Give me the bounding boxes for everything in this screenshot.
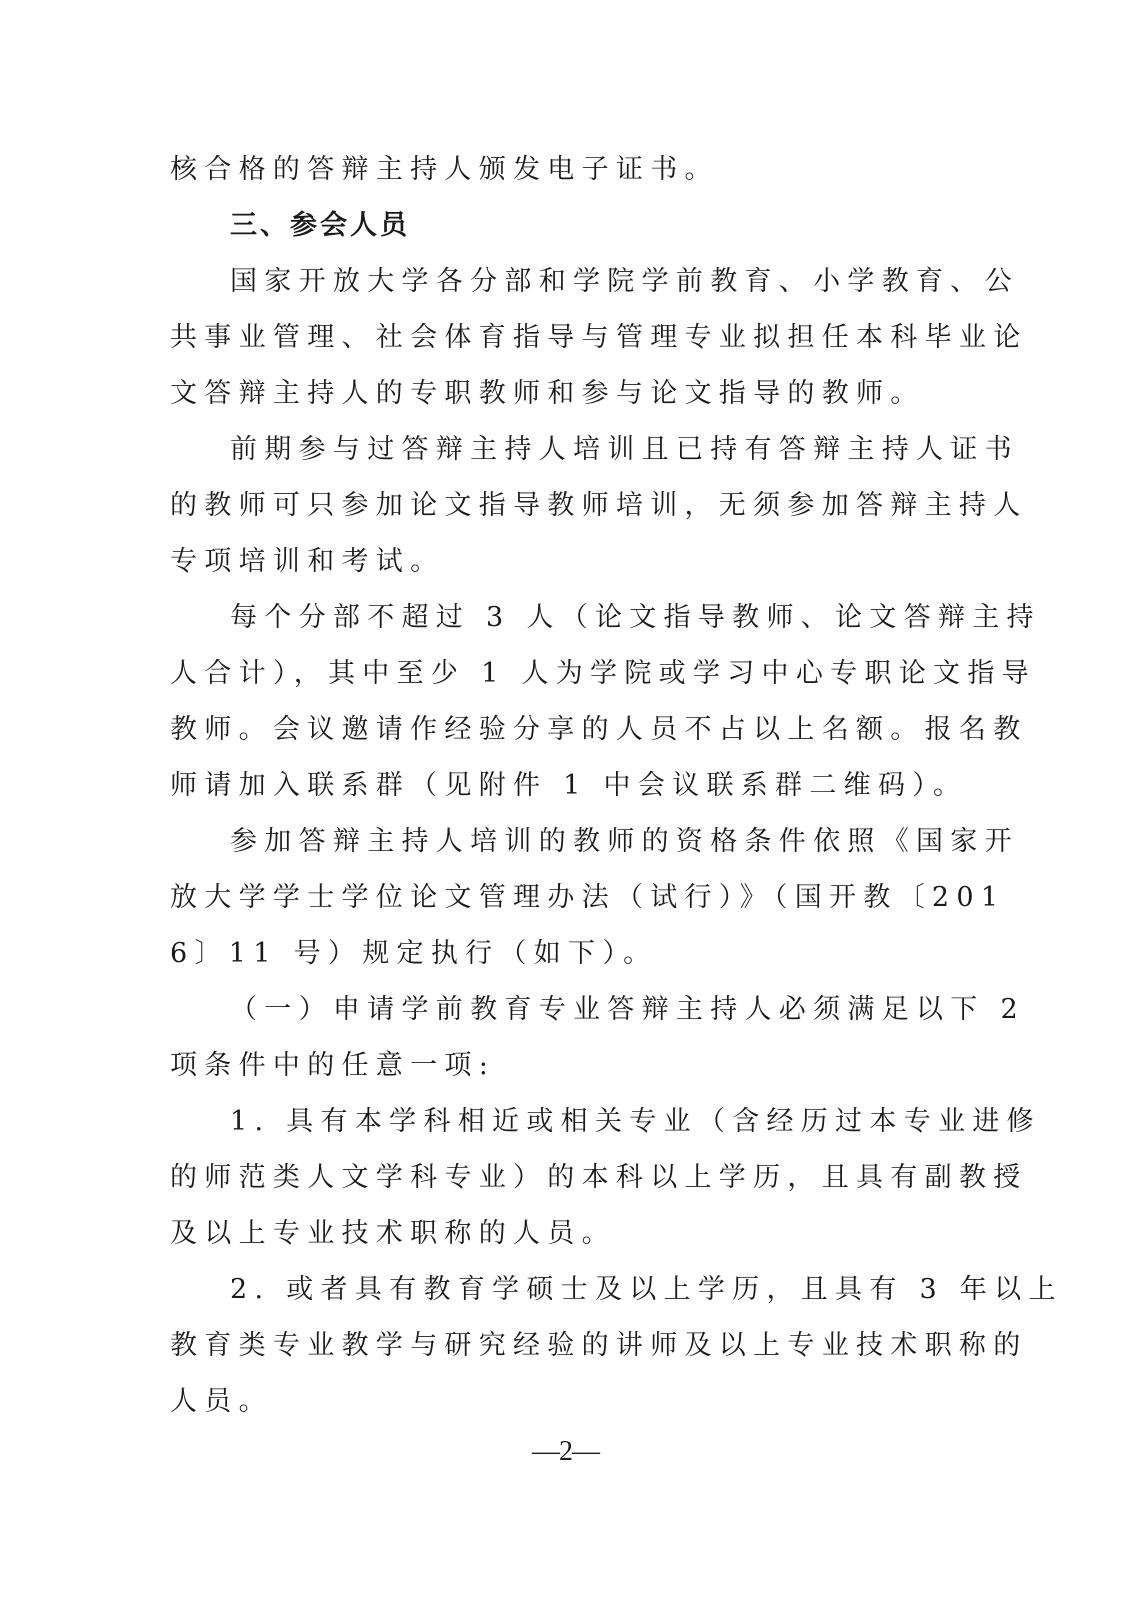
subsection-preschool-line-1: （一）申请学前教育专业答辩主持人必须满足以下 2 xyxy=(230,990,990,1030)
condition-1-line-2: 的师范类人文学科专业）的本科以上学历，且具有副教授 xyxy=(170,1158,930,1198)
condition-2-line-3: 人员。 xyxy=(170,1382,930,1422)
text-line-continuation: 核合格的答辩主持人颁发电子证书。 xyxy=(170,150,930,190)
paragraph-qualification-line-1: 参加答辩主持人培训的教师的资格条件依照《国家开 xyxy=(230,822,990,862)
condition-1-line-1: 1. 具有本学科相近或相关专业（含经历过本专业进修 xyxy=(230,1102,990,1142)
subsection-preschool-line-2: 项条件中的任意一项: xyxy=(170,1046,930,1086)
paragraph-quota-line-4: 师请加入联系群（见附件 1 中会议联系群二维码）。 xyxy=(170,766,930,806)
paragraph-attendees-line-3: 文答辩主持人的专职教师和参与论文指导的教师。 xyxy=(170,374,930,414)
paragraph-attendees-line-1: 国家开放大学各分部和学院学前教育、小学教育、公 xyxy=(230,262,990,302)
paragraph-quota-line-3: 教师。会议邀请作经验分享的人员不占以上名额。报名教 xyxy=(170,710,930,750)
condition-2-line-1: 2. 或者具有教育学硕士及以上学历，且具有 3 年以上 xyxy=(230,1270,990,1310)
section-heading-attendees: 三、参会人员 xyxy=(230,206,990,246)
document-page: 核合格的答辩主持人颁发电子证书。 三、参会人员 国家开放大学各分部和学院学前教育… xyxy=(0,0,1131,1600)
paragraph-quota-line-2: 人合计），其中至少 1 人为学院或学习中心专职论文指导 xyxy=(170,654,930,694)
paragraph-qualification-line-3: 6〕11 号）规定执行（如下）。 xyxy=(170,934,930,974)
paragraph-qualification-line-2: 放大学学士学位论文管理办法（试行）》（国开教〔201 xyxy=(170,878,930,918)
paragraph-prior-trained-line-1: 前期参与过答辩主持人培训且已持有答辩主持人证书 xyxy=(230,430,990,470)
page-number: —2— xyxy=(0,1436,1131,1468)
condition-2-line-2: 教育类专业教学与研究经验的讲师及以上专业技术职称的 xyxy=(170,1326,930,1366)
paragraph-prior-trained-line-2: 的教师可只参加论文指导教师培训，无须参加答辩主持人 xyxy=(170,486,930,526)
paragraph-quota-line-1: 每个分部不超过 3 人（论文指导教师、论文答辩主持 xyxy=(230,598,990,638)
condition-1-line-3: 及以上专业技术职称的人员。 xyxy=(170,1214,930,1254)
paragraph-attendees-line-2: 共事业管理、社会体育指导与管理专业拟担任本科毕业论 xyxy=(170,318,930,358)
paragraph-prior-trained-line-3: 专项培训和考试。 xyxy=(170,542,930,582)
